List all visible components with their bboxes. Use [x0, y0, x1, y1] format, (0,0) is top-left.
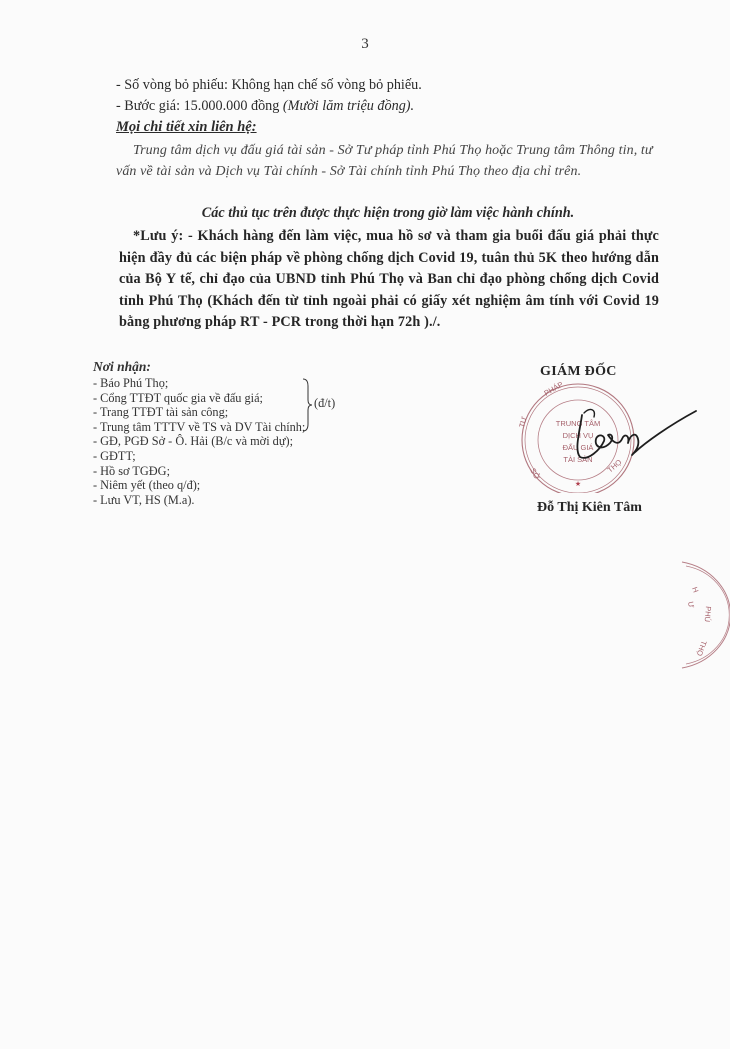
handwritten-signature-icon: [560, 395, 700, 465]
recipient-item: - Hồ sơ TGĐG;: [93, 464, 423, 479]
brace-icon: [302, 378, 312, 432]
recipient-item: - GĐ, PGĐ Sở - Ô. Hải (B/c và mời dự);: [93, 434, 423, 449]
brace-label: (đ/t): [314, 396, 335, 411]
stamp-outer-bottom-left: SỞ: [528, 467, 542, 482]
partial-edge-stamp-icon: H Ư PHÚ THỌ: [678, 560, 730, 670]
recipients-title: Nơi nhận:: [93, 359, 423, 375]
recipient-item: - GĐTT;: [93, 449, 423, 464]
edge-stamp-text: PHÚ: [703, 606, 713, 623]
recipient-item: - Trung tâm TTTV về TS và DV Tài chính;: [93, 420, 423, 435]
contact-body: Trung tâm dịch vụ đấu giá tài sản - Sở T…: [100, 140, 660, 182]
edge-stamp-text: H: [690, 586, 700, 594]
signatory-name: Đỗ Thị Kiên Tâm: [537, 500, 642, 516]
svg-text:★: ★: [575, 480, 581, 488]
page-number: 3: [0, 36, 730, 53]
term-italic-suffix: (Mười lăm triệu đồng).: [283, 98, 414, 114]
signatory-title: GIÁM ĐỐC: [540, 364, 617, 380]
recipient-item: - Lưu VT, HS (M.a).: [93, 493, 423, 508]
term-text: - Bước giá: 15.000.000 đồng: [116, 98, 283, 114]
document-page: 3 - Số vòng bỏ phiếu: Không hạn chế số v…: [0, 0, 730, 1049]
recipient-item: - Báo Phú Thọ;: [93, 376, 423, 391]
recipient-item: - Niêm yết (theo q/đ);: [93, 478, 423, 493]
edge-stamp-text: THỌ: [695, 639, 709, 657]
term-text: - Số vòng bỏ phiếu: Không hạn chế số vòn…: [116, 77, 422, 93]
covid-note: *Lưu ý: - Khách hàng đến làm việc, mua h…: [119, 226, 659, 334]
procedures-note: Các thủ tục trên được thực hiện trong gi…: [0, 205, 730, 222]
recipients-block: Nơi nhận: - Báo Phú Thọ; - Cổng TTĐT quố…: [93, 359, 423, 507]
contact-heading: Mọi chi tiết xin liên hệ:: [116, 119, 257, 136]
recipient-item: - Trang TTĐT tài sản công;: [93, 405, 423, 420]
edge-stamp-text: Ư: [686, 601, 696, 609]
term-price-step: - Bước giá: 15.000.000 đồng (Mười lăm tr…: [116, 98, 414, 115]
recipient-item: - Cổng TTĐT quốc gia về đấu giá;: [93, 391, 423, 406]
term-voting-rounds: - Số vòng bỏ phiếu: Không hạn chế số vòn…: [116, 77, 422, 94]
